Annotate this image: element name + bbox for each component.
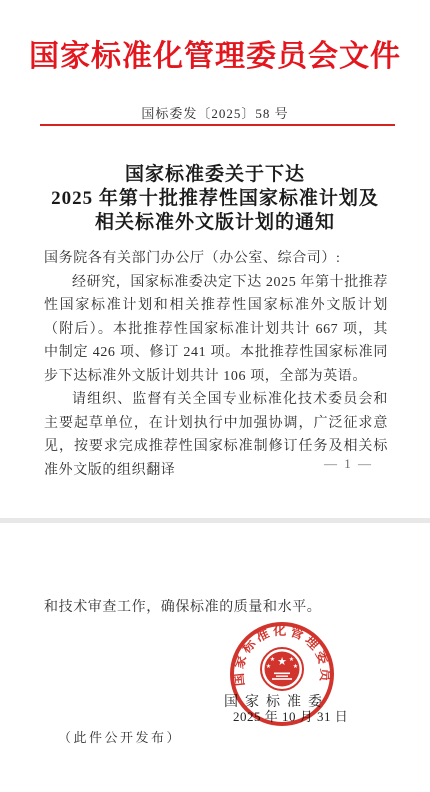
page-number: — 1 — [324, 456, 373, 472]
paragraph-2-continued: 和技术审查工作，确保标准的质量和水平。 [44, 596, 388, 620]
public-release-note: （此件公开发布） [58, 727, 182, 746]
page-break-gap [0, 518, 430, 523]
document-number: 国标委发〔2025〕58 号 [0, 103, 430, 122]
body-text-page2: 和技术审查工作，确保标准的质量和水平。 [44, 596, 388, 620]
notice-title-line3: 相关标准外文版计划的通知 [95, 212, 335, 233]
official-seal-stamp: 国家标准化管理委员会 ★ ★ ★ ★ ★ [228, 620, 336, 728]
svg-text:★: ★ [293, 663, 298, 670]
notice-title-line1: 国家标准委关于下达 [125, 164, 305, 185]
notice-title: 国家标准委关于下达 2025 年第十批推荐性国家标准计划及 相关标准外文版计划的… [20, 163, 410, 235]
svg-text:★: ★ [266, 663, 271, 670]
svg-text:★: ★ [289, 656, 294, 663]
svg-text:★: ★ [277, 655, 287, 668]
national-emblem-icon: ★ ★ ★ ★ ★ [261, 648, 303, 690]
letterhead-org-title: 国家标准化管理委员会文件 [0, 31, 430, 75]
salutation: 国务院各有关部门办公厅（办公室、综合司）: [44, 247, 388, 271]
svg-text:★: ★ [270, 656, 275, 663]
document-page: 国家标准化管理委员会文件 国标委发〔2025〕58 号 国家标准委关于下达 20… [0, 0, 430, 792]
notice-title-line2: 2025 年第十批推荐性国家标准计划及 [51, 188, 379, 209]
red-divider-line [40, 124, 395, 126]
paragraph-1: 经研究，国家标准委决定下达 2025 年第十批推荐性国家标准计划和相关推荐性国家… [44, 271, 388, 389]
body-text-page1: 国务院各有关部门办公厅（办公室、综合司）: 经研究，国家标准委决定下达 2025… [44, 247, 388, 482]
